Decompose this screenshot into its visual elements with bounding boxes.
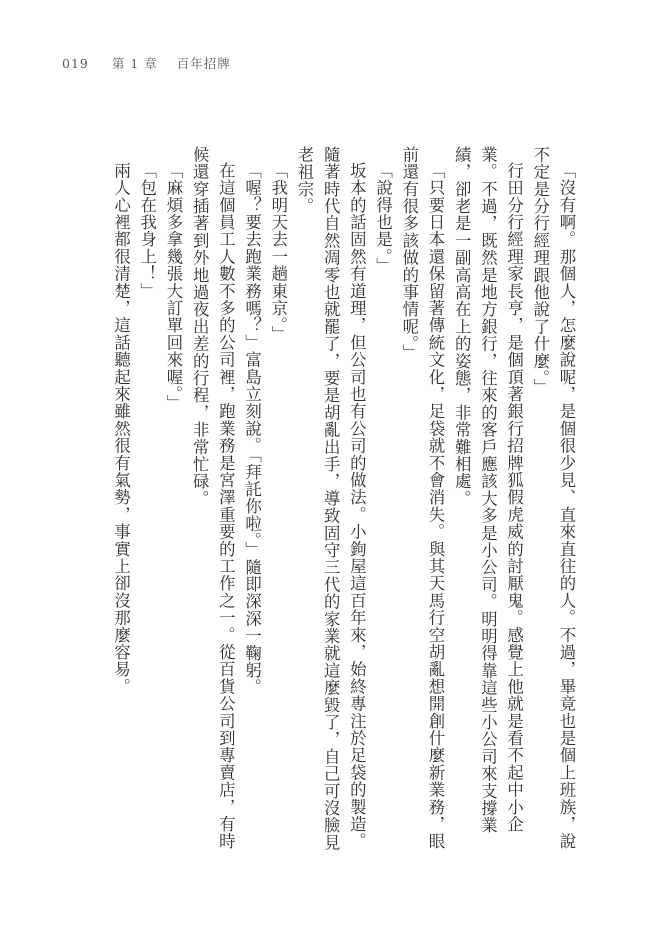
chapter-label: 第 1 章 xyxy=(112,56,158,71)
vertical-text-body: 「沒有啊。那個人，怎麼說呢，是個很少見、直來直往的人。不過，畢竟也是個上班族，說… xyxy=(107,146,579,858)
paragraph: 「我明天去一趟東京。」 xyxy=(265,146,291,858)
paragraph: 在這個員工人數不多的公司裡，跑業務是宮澤重要的工作之一。從百貨公司到專賣店，有時… xyxy=(186,146,238,858)
paragraph: 兩人心裡都很清楚，這話聽起來雖然很有氣勢，事實上卻沒那麼容易。 xyxy=(107,146,133,858)
paragraph: 「包在我身上！」 xyxy=(134,146,160,858)
paragraph: 「只要日本還保留著傳統文化，足袋就不會消失。與其天馬行空胡亂想開創什麼新業務，眼… xyxy=(396,146,448,858)
paragraph: 「說得也是。」 xyxy=(369,146,395,858)
page-number: 019 xyxy=(62,56,89,71)
paragraph: 行田分行經理家長亨，是個頂著銀行招牌狐假虎威的討厭鬼。感覺上他就是看不起中小企業… xyxy=(448,146,527,858)
paragraph: 坂本的話固然有道理，但公司也有公司的做法。小鉤屋這百年來，始終專注於足袋的製造。… xyxy=(291,146,370,858)
paragraph: 「麻煩多拿幾張大訂單回來喔。」 xyxy=(160,146,186,858)
paragraph: 「喔？要去跑業務嗎？」富島立刻說。「拜託你啦。」隨即深深一鞠躬。 xyxy=(238,146,264,858)
chapter-title: 百年招牌 xyxy=(177,56,231,71)
running-header: 019 第 1 章 百年招牌 xyxy=(62,54,231,72)
paragraph: 「沒有啊。那個人，怎麼說呢，是個很少見、直來直往的人。不過，畢竟也是個上班族，說… xyxy=(527,146,579,858)
